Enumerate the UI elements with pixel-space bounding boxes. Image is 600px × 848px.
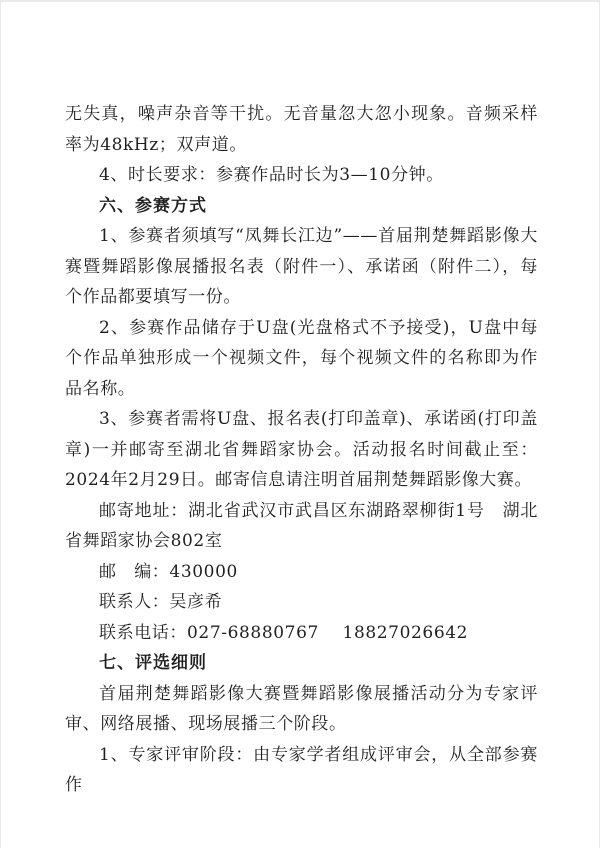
paragraph-expert-review-cutoff: 1、专家评审阶段：由专家学者组成评审会，从全部参赛作 — [65, 740, 538, 801]
paragraph-mailing-address: 邮寄地址：湖北省武汉市武昌区东湖路翠柳街1号 湖北省舞蹈家协会802室 — [65, 496, 538, 557]
paragraph-postal-code: 邮 编：430000 — [65, 557, 538, 588]
section-heading-selection-rules: 七、评选细则 — [65, 648, 538, 679]
section-heading-entry-method: 六、参赛方式 — [65, 191, 538, 222]
paragraph-contact-phone: 联系电话：027-68880767 18827026642 — [65, 618, 538, 649]
paragraph-contact-person: 联系人：吴彦希 — [65, 587, 538, 618]
document-viewport: 无失真，噪声杂音等干扰。无音量忽大忽小现象。音频采样率为48kHz；双声道。 4… — [0, 0, 600, 848]
page-text-block: 无失真，噪声杂音等干扰。无音量忽大忽小现象。音频采样率为48kHz；双声道。 4… — [65, 99, 538, 801]
paragraph-mailing-deadline: 3、参赛者需将U盘、报名表(打印盖章)、承诺函(打印盖章)一并邮寄至湖北省舞蹈家… — [65, 404, 538, 496]
document-page: 无失真，噪声杂音等干扰。无音量忽大忽小现象。音频采样率为48kHz；双声道。 4… — [1, 2, 599, 848]
paragraph-duration-requirement: 4、时长要求：参赛作品时长为3—10分钟。 — [65, 160, 538, 191]
paragraph-registration-form: 1、参赛者须填写“凤舞长江边”——首届荆楚舞蹈影像大赛暨舞蹈影像展播报名表（附件… — [65, 221, 538, 313]
paragraph-audio-requirements-continuation: 无失真，噪声杂音等干扰。无音量忽大忽小现象。音频采样率为48kHz；双声道。 — [65, 99, 538, 160]
paragraph-three-stages: 首届荆楚舞蹈影像大赛暨舞蹈影像展播活动分为专家评审、网络展播、现场展播三个阶段。 — [65, 679, 538, 740]
paragraph-usb-storage: 2、参赛作品储存于U盘(光盘格式不予接受)，U盘中每个作品单独形成一个视频文件，… — [65, 313, 538, 405]
